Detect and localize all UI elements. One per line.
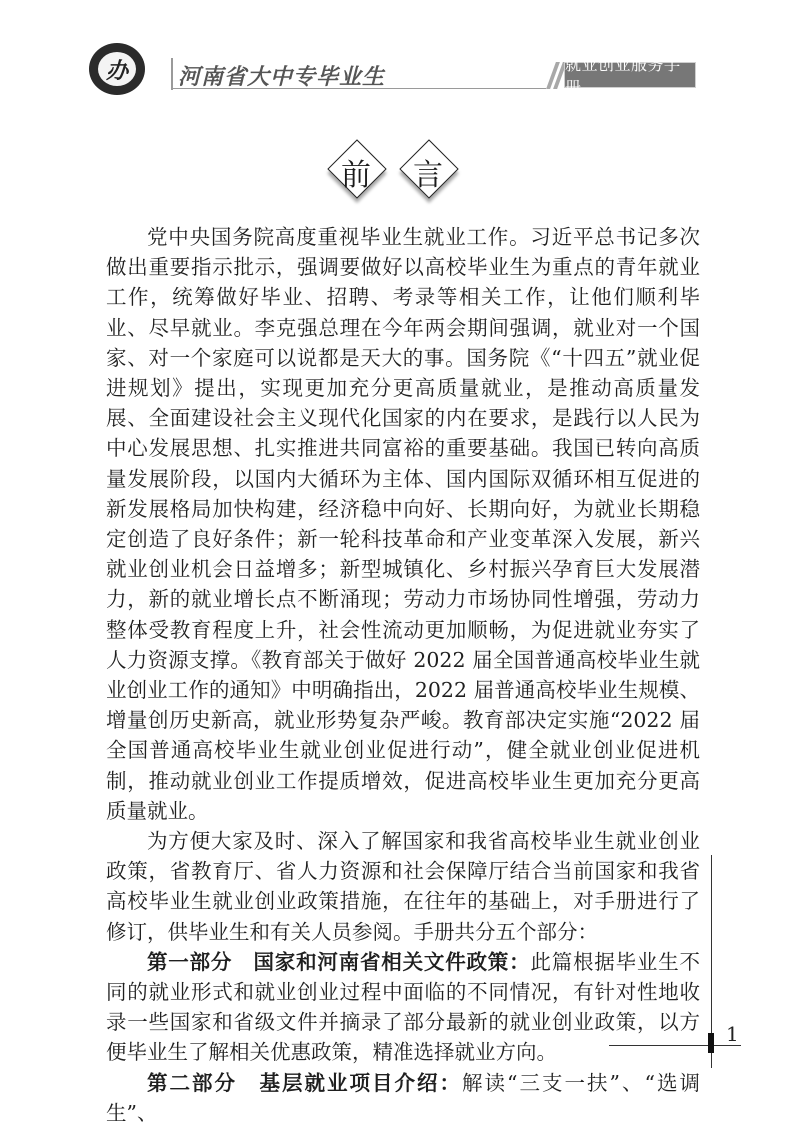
paragraph-text: 党中央国务院高度重视毕业生就业工作。习近平总书记多次做出重要指示批示，强调要做好… bbox=[106, 225, 700, 823]
footer-horizontal-rule bbox=[609, 1045, 741, 1046]
part-heading: 第二部分 基层就业项目介绍： bbox=[147, 1071, 462, 1095]
logo-emblem-icon: 办 bbox=[89, 43, 145, 95]
logo-glyph: 办 bbox=[98, 52, 136, 86]
section-title: 前 言 bbox=[322, 140, 472, 196]
paragraph-part-two: 第二部分 基层就业项目介绍：解读“三支一扶”、“选调生”、 bbox=[106, 1068, 700, 1123]
paragraph: 为方便大家及时、深入了解国家和我省高校毕业生就业创业政策，省教育厅、省人力资源和… bbox=[106, 826, 700, 947]
paragraph-part-one: 第一部分 国家和河南省相关文件政策：此篇根据毕业生不同的就业形式和就业创业过程中… bbox=[106, 947, 700, 1068]
title-char: 言 bbox=[398, 150, 458, 194]
part-heading: 第一部分 国家和河南省相关文件政策： bbox=[147, 950, 530, 974]
page-number: 1 bbox=[726, 1022, 739, 1046]
page-marker-icon bbox=[708, 1033, 714, 1053]
paragraph-text: 为方便大家及时、深入了解国家和我省高校毕业生就业创业政策，省教育厅、省人力资源和… bbox=[106, 829, 700, 944]
header-title: 河南省大中专毕业生 bbox=[178, 60, 385, 91]
header-separator bbox=[171, 58, 173, 90]
title-char: 前 bbox=[326, 150, 386, 194]
header-rule bbox=[171, 88, 546, 89]
page-header: 办 河南省大中专毕业生 就业创业服务手册 bbox=[0, 0, 794, 110]
paragraph: 党中央国务院高度重视毕业生就业工作。习近平总书记多次做出重要指示批示，强调要做好… bbox=[106, 222, 700, 826]
handbook-badge: 就业创业服务手册 bbox=[564, 62, 696, 88]
preface-body: 党中央国务院高度重视毕业生就业工作。习近平总书记多次做出重要指示批示，强调要做好… bbox=[106, 222, 700, 1123]
